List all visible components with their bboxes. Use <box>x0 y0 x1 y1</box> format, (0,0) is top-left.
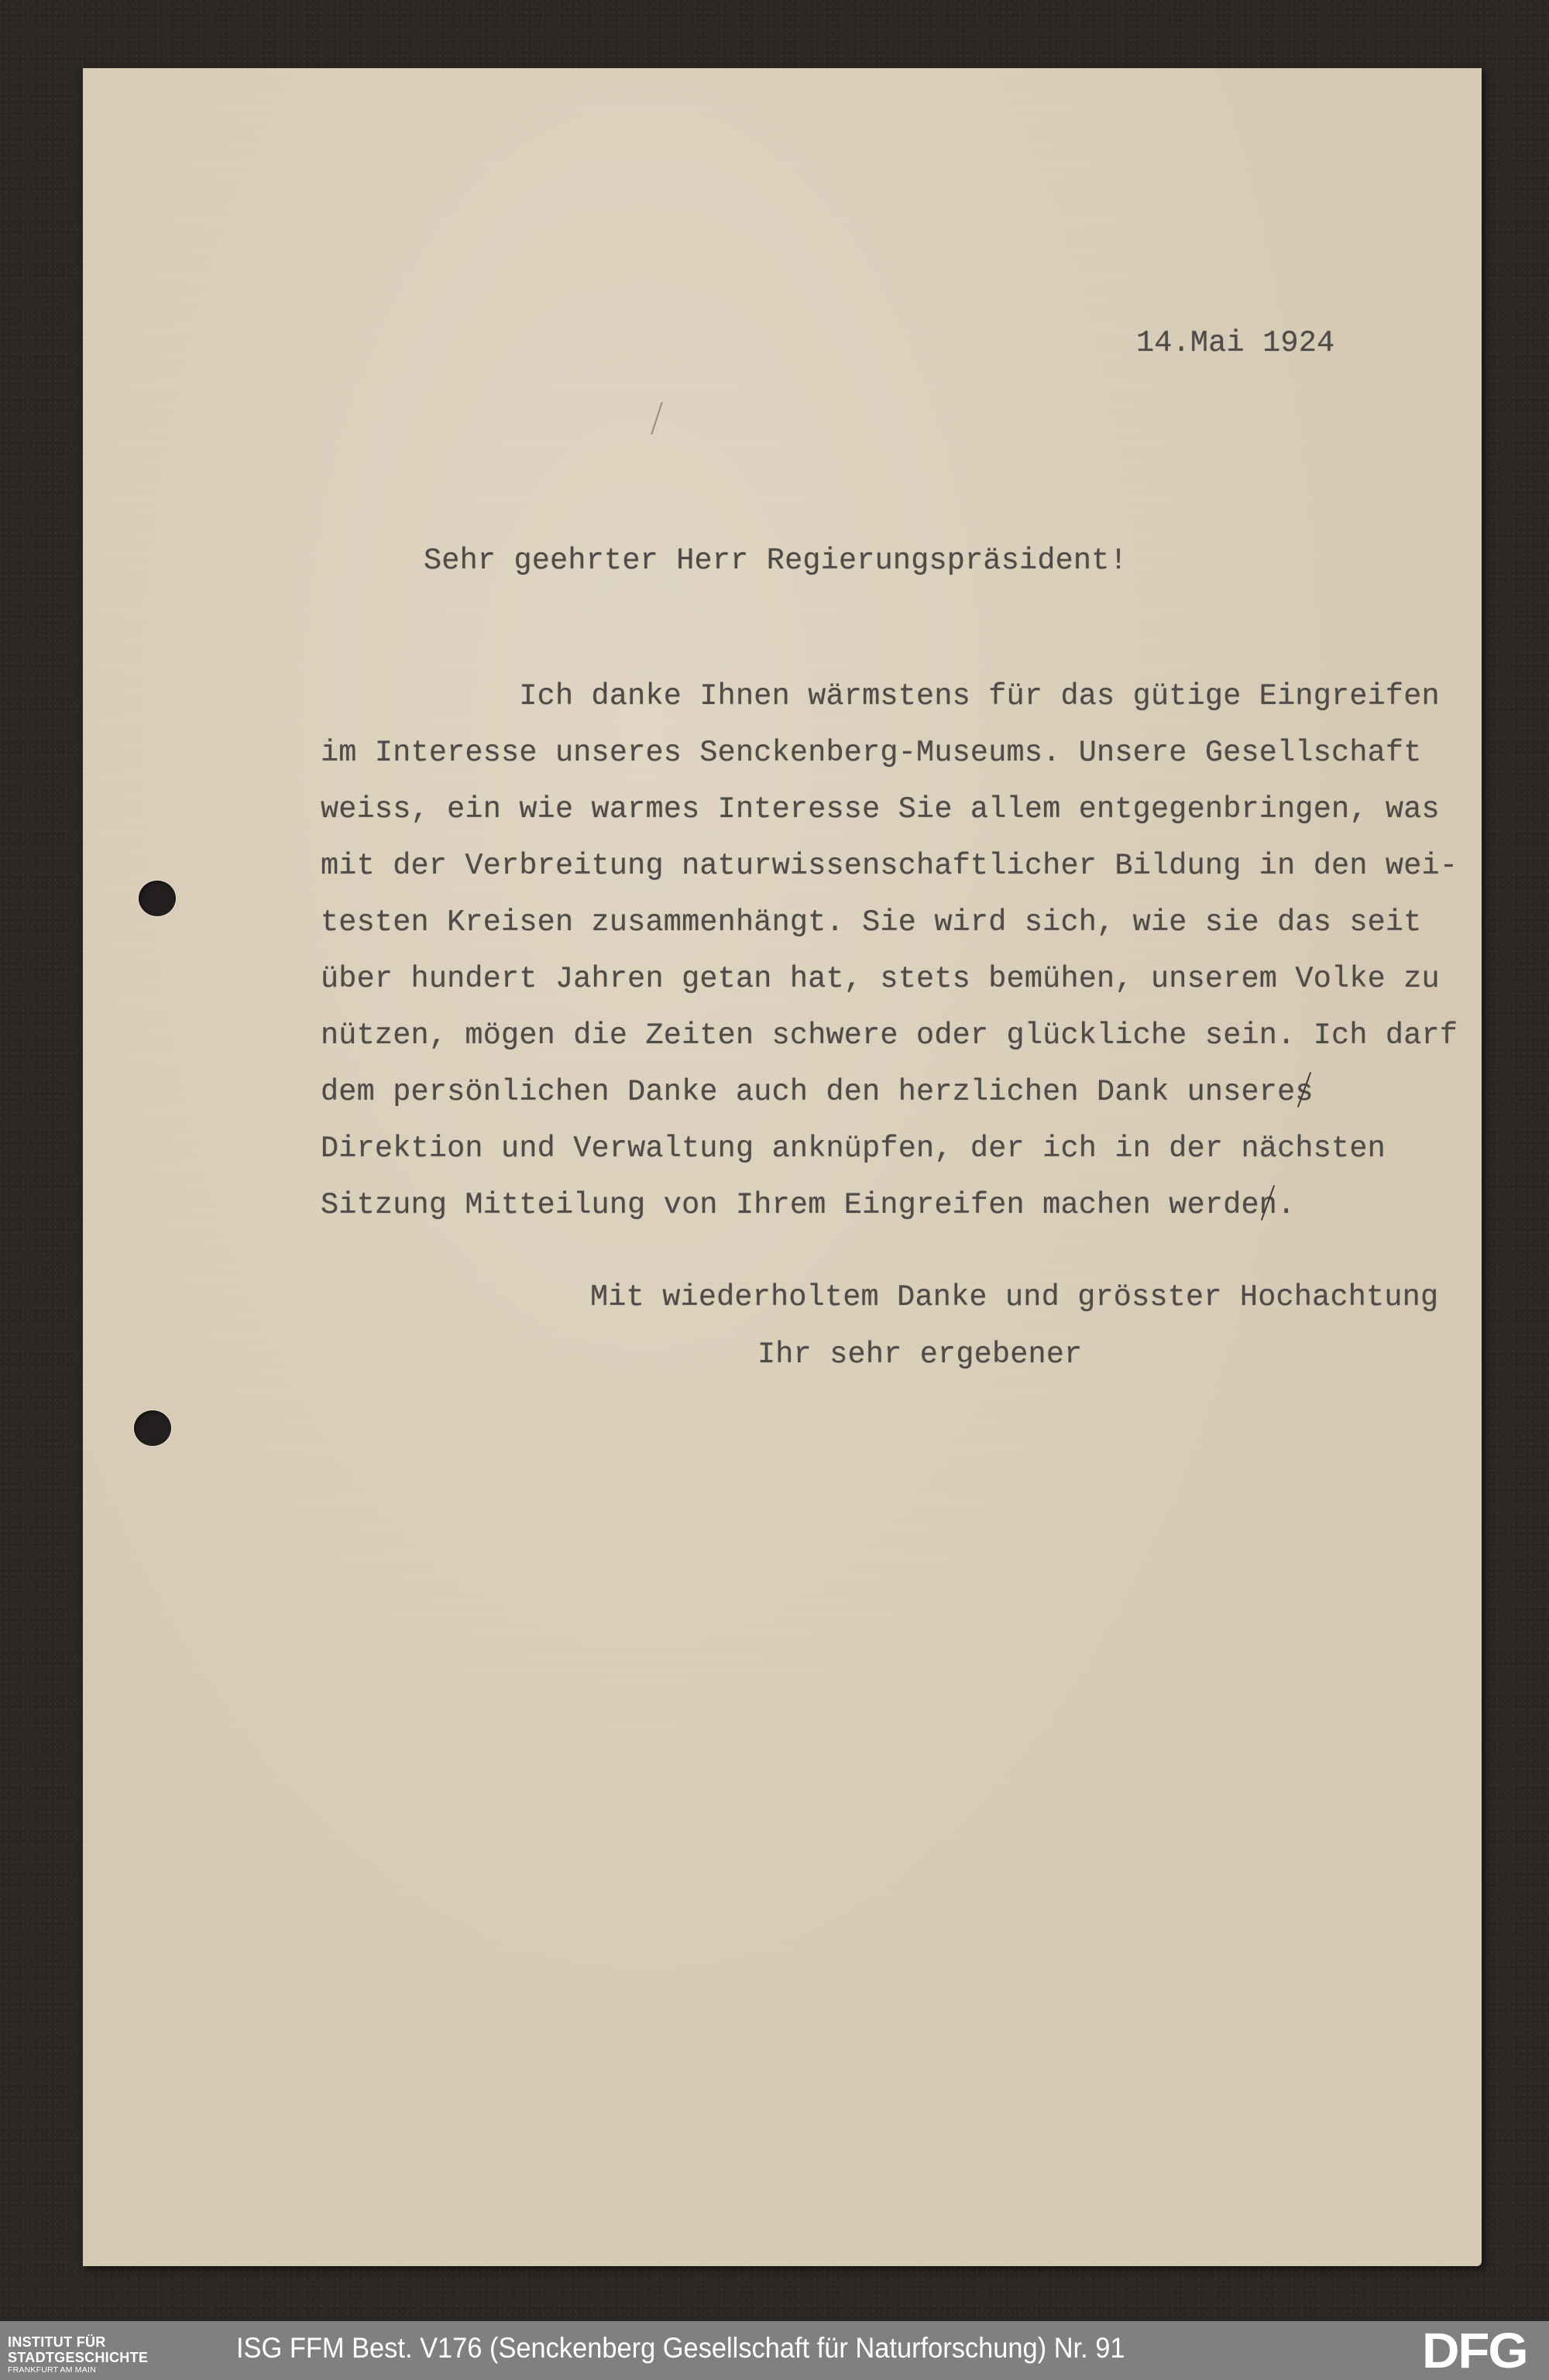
body-line: weiss, ein wie warmes Interesse Sie alle… <box>321 795 1440 825</box>
body-line: mit der Verbreitung naturwissenschaftlic… <box>321 851 1458 881</box>
body-line-with-correction: Sitzung Mitteilung von Ihrem Eingreifen … <box>321 1190 1295 1221</box>
struck-character: s <box>1295 1077 1313 1108</box>
letter-date: 14.Mai 1924 <box>1136 328 1334 359</box>
punch-hole <box>139 881 176 916</box>
struck-character: n <box>1259 1190 1277 1221</box>
scan-background: 14.Mai 1924 Sehr geehrter Herr Regierung… <box>0 0 1549 2321</box>
archive-caption: ISG FFM Best. V176 (Senckenberg Gesellsc… <box>236 2332 1125 2365</box>
pencil-mark <box>651 402 662 434</box>
dfg-logo: DFG <box>1422 2326 1527 2375</box>
letter-salutation: Sehr geehrter Herr Regierungspräsident! <box>424 546 1128 576</box>
body-line-text: Sitzung Mitteilung von Ihrem Eingreifen … <box>321 1188 1259 1222</box>
letter-signoff: Ihr sehr ergebener <box>757 1340 1082 1370</box>
body-line: nützen, mögen die Zeiten schwere oder gl… <box>321 1021 1458 1051</box>
letter-page: 14.Mai 1924 Sehr geehrter Herr Regierung… <box>83 68 1482 2266</box>
body-line: Ich danke Ihnen wärmstens für das gütige… <box>321 682 1440 712</box>
body-line: testen Kreisen zusammenhängt. Sie wird s… <box>321 908 1422 938</box>
body-line-with-correction: dem persönlichen Danke auch den herzlich… <box>321 1077 1314 1108</box>
body-line: Direktion und Verwaltung anknüpfen, der … <box>321 1134 1386 1164</box>
institute-logo: INSTITUT FÜR STADTGESCHICHTE FRANKFURT A… <box>8 2335 148 2375</box>
institute-city: FRANKFURT AM MAIN <box>8 2366 148 2375</box>
archive-footer: INSTITUT FÜR STADTGESCHICHTE FRANKFURT A… <box>0 2321 1549 2380</box>
letter-closing: Mit wiederholtem Danke und grösster Hoch… <box>590 1283 1438 1313</box>
institute-name-line2: STADTGESCHICHTE <box>8 2351 148 2365</box>
body-line: im Interesse unseres Senckenberg-Museums… <box>321 738 1422 768</box>
body-line-text: dem persönlichen Danke auch den herzlich… <box>321 1075 1295 1109</box>
punch-hole <box>134 1410 171 1446</box>
institute-name-line1: INSTITUT FÜR <box>8 2335 148 2349</box>
line-end-punctuation: . <box>1277 1188 1295 1222</box>
body-line: über hundert Jahren getan hat, stets bem… <box>321 964 1440 994</box>
